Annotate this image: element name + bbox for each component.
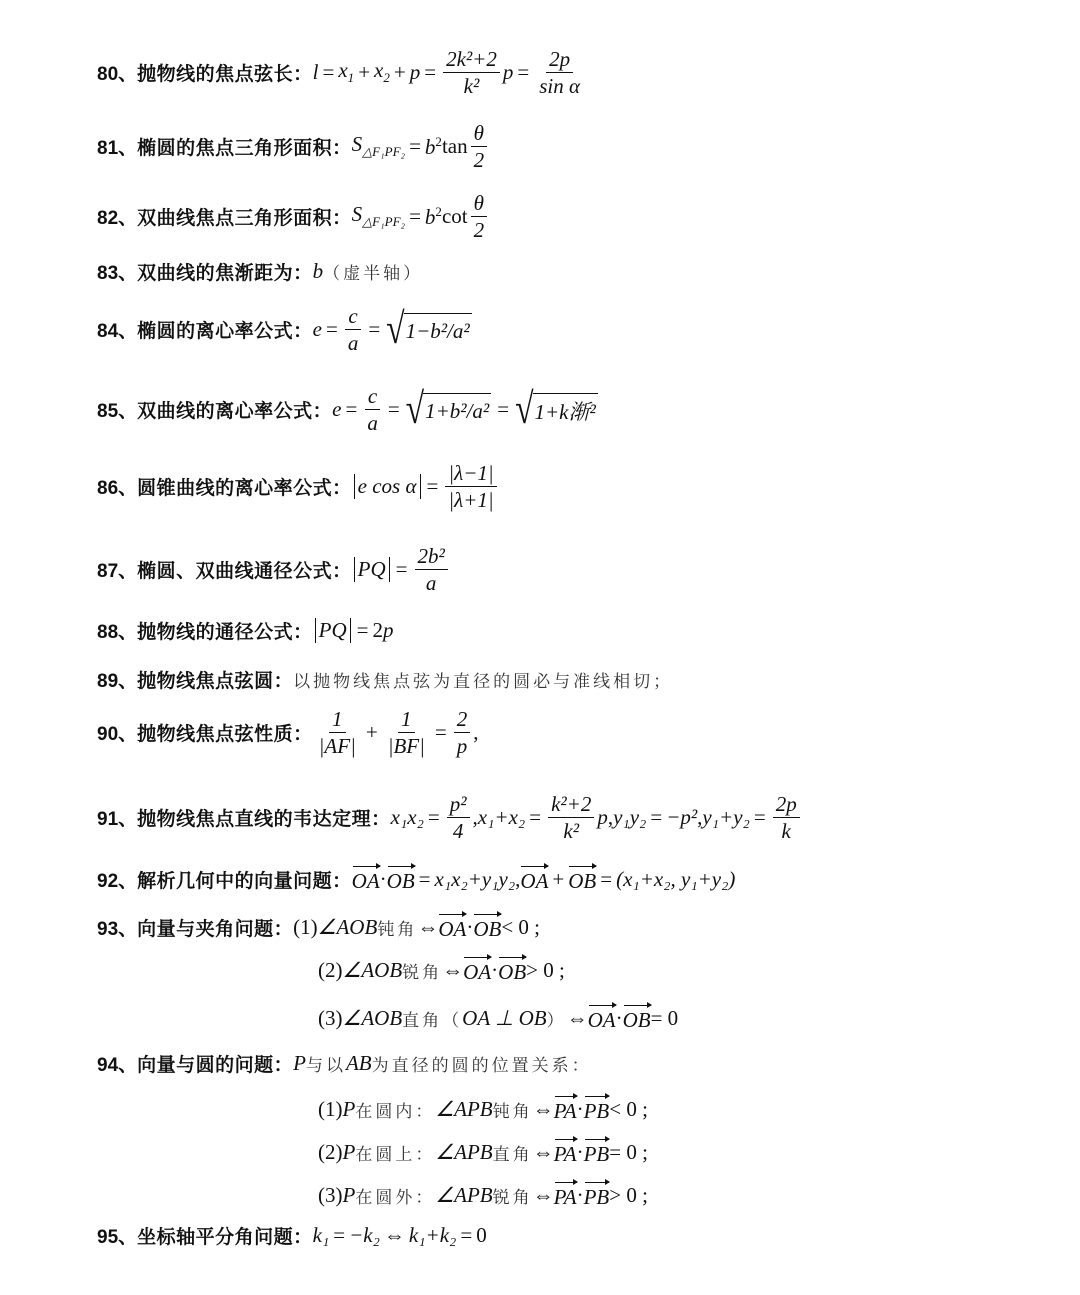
operator: =: [517, 60, 529, 85]
item-title: 解析几何中的向量问题：: [137, 866, 352, 893]
math-term: ∠AOB: [343, 1006, 403, 1031]
absolute-value: PQ: [315, 618, 351, 643]
term-text: (2): [318, 958, 343, 982]
math-term: (x₁+x₂, y₁+y₂): [616, 867, 735, 892]
formula-item-94-3: (3) P 在圆外： ∠APB 锐角 ⇔PA·PB > 0 ;: [318, 1180, 648, 1210]
square-root: √1+k渐²: [515, 393, 598, 427]
math-term: ⇔: [567, 1006, 588, 1031]
item-title: 双曲线的焦渐距为：: [137, 258, 313, 285]
item-title: 椭圆、双曲线通径公式：: [137, 556, 352, 583]
formula-item-88: 88、抛物线的通径公式：PQ=2p: [97, 617, 394, 644]
numerator: 2k²+2: [443, 48, 500, 73]
math-term: (1): [318, 1097, 343, 1122]
formula: 1|AF|+1|BF|=2p,: [313, 708, 479, 757]
fraction: 2b²a: [415, 545, 448, 594]
denominator: |AF|: [316, 733, 359, 757]
math-term: k₁: [313, 1223, 330, 1248]
chinese-text: 直角（: [402, 1006, 462, 1031]
vector: OB: [623, 1003, 651, 1033]
term-text: > 0 ;: [609, 1183, 648, 1207]
formula: l=x1+x2+p=2k²+2k²p=2psin α: [313, 48, 586, 97]
item-title: 椭圆的焦点三角形面积：: [137, 133, 352, 160]
term-text: b: [425, 205, 436, 229]
chinese-text: ）: [547, 1006, 567, 1031]
math-term: b2: [425, 204, 442, 230]
operator: =: [419, 867, 431, 892]
formula-item-91: 91、抛物线焦点直线的韦达定理：x₁x₂=p²4, x₁+x₂=k²+2k²p,…: [97, 793, 803, 842]
term-text: =: [424, 60, 436, 84]
denominator: 2: [471, 147, 488, 171]
numerator: 2p: [546, 48, 573, 73]
vector: OB: [473, 912, 501, 942]
radicand: 1+b²/a²: [423, 393, 491, 427]
item-title: 向量与圆的问题：: [137, 1050, 293, 1077]
denominator: p: [454, 733, 471, 757]
item-title: 圆锥曲线的离心率公式：: [137, 473, 352, 500]
math-term: P: [293, 1051, 306, 1076]
term-text: < 0 ;: [609, 1097, 648, 1121]
term-text: −k₂: [349, 1223, 380, 1247]
term-text: x₁x₂: [391, 805, 424, 829]
term-text: ∠AOB: [343, 1006, 403, 1030]
item-title: 抛物线焦点直线的韦达定理：: [137, 804, 391, 831]
term-text: =: [357, 618, 369, 642]
term-text: +: [394, 60, 406, 84]
math-term: b2: [425, 134, 442, 160]
math-term: S△F₁PF₂: [352, 202, 405, 230]
formula-item-95: 95、坐标轴平分角问题：k₁=−k₂⇔k₁+k₂=0: [97, 1222, 487, 1249]
term-text: b: [425, 135, 436, 159]
radical-sign: √: [386, 308, 404, 352]
term-text: =: [368, 317, 380, 341]
math-term: x1: [338, 58, 354, 86]
term-text: =: [460, 1223, 472, 1247]
item-number: 88、: [97, 617, 137, 644]
math-term: y₁y₂: [613, 805, 646, 830]
numerator: k²+2: [548, 793, 594, 818]
operator: =: [326, 317, 338, 342]
formula-item-94-1: (1) P 在圆内： ∠APB 钝角 ⇔PA·PB < 0 ;: [318, 1094, 648, 1124]
math-term: ·: [380, 867, 387, 892]
vector: PB: [584, 1094, 610, 1124]
operator: =: [497, 397, 509, 422]
math-term: e: [313, 317, 322, 342]
absolute-value: PQ: [354, 557, 390, 582]
operator: =: [409, 134, 421, 159]
term-text: y₁+y₂: [702, 805, 749, 829]
term-text: ⇔: [533, 1140, 554, 1164]
item-number: 81、: [97, 133, 137, 160]
operator: ⇔: [384, 1223, 405, 1248]
item-number: 91、: [97, 804, 137, 831]
math-term: k₁+k₂: [409, 1223, 456, 1248]
formula-item-93-2: (2) ∠AOB 锐角 ⇔OA·OB > 0 ;: [318, 955, 565, 985]
denominator: k: [779, 818, 794, 842]
term-text: ⇔: [417, 915, 438, 939]
denominator: k²: [461, 73, 483, 97]
term-text: ·: [577, 1097, 584, 1121]
denominator: a: [345, 330, 362, 354]
denominator: sin α: [536, 73, 583, 97]
operator: +: [394, 60, 406, 85]
operator: =: [754, 805, 766, 830]
term-text: P: [343, 1183, 356, 1207]
operator: =: [368, 317, 380, 342]
vector: OB: [498, 955, 526, 985]
term-text: =: [333, 1223, 345, 1247]
formula: P 与以 AB 为直径的圆的位置关系：: [293, 1051, 591, 1076]
item-title: 抛物线焦点弦圆：: [137, 666, 293, 693]
numerator: θ: [471, 122, 487, 147]
fraction: 1|AF|: [316, 708, 359, 757]
radical-sign: √: [515, 388, 533, 432]
term-text: ⇔: [384, 1223, 405, 1247]
formula: (2) ∠AOB 锐角 ⇔OA·OB > 0 ;: [318, 955, 565, 985]
fraction: 2pk: [773, 793, 800, 842]
formula-item-87: 87、椭圆、双曲线通径公式：PQ=2b²a: [97, 545, 451, 594]
numerator: 2: [454, 708, 471, 733]
formula-item-86: 86、圆锥曲线的离心率公式：e cos α=|λ−1||λ+1|: [97, 462, 500, 511]
math-term: ⇔: [533, 1140, 554, 1165]
term-text: > 0 ;: [526, 958, 565, 982]
term-text: =: [345, 397, 357, 421]
item-number: 95、: [97, 1222, 137, 1249]
item-title: 双曲线焦点三角形面积：: [137, 203, 352, 230]
denominator: 4: [450, 818, 467, 842]
math-term: OA ⊥ OB: [462, 1006, 546, 1031]
math-term: 0: [476, 1223, 487, 1248]
formula: PQ=2b²a: [352, 545, 451, 594]
term-text: =: [409, 204, 421, 228]
term-text: p: [383, 618, 394, 642]
formula: e=ca=√1−b²/a²: [313, 305, 474, 354]
denominator: a: [423, 570, 440, 594]
term-text: ⇔: [533, 1097, 554, 1121]
formula-item-94: 94、向量与圆的问题：P 与以 AB 为直径的圆的位置关系：: [97, 1050, 592, 1077]
operator: =: [323, 60, 335, 85]
math-term: −k₂: [349, 1223, 380, 1248]
formula: e cos α=|λ−1||λ+1|: [352, 462, 500, 511]
numerator: 2p: [773, 793, 800, 818]
fraction: 2psin α: [536, 48, 583, 97]
term-text: −p²: [666, 805, 697, 829]
term-text: y₁y₂: [613, 805, 646, 829]
term-text: x: [338, 58, 347, 82]
operator: =: [427, 474, 439, 499]
formula-item-89: 89、抛物线焦点弦圆：以抛物线焦点弦为直径的圆必与准线相切；: [97, 666, 673, 693]
term-text: x₁+x₂: [478, 805, 525, 829]
item-title: 抛物线的焦点弦长：: [137, 59, 313, 86]
term-text: cot: [442, 204, 468, 228]
math-term: AB: [346, 1051, 372, 1076]
formula-item-84: 84、椭圆的离心率公式：e=ca=√1−b²/a²: [97, 305, 474, 354]
item-number: 80、: [97, 59, 137, 86]
item-title: 抛物线的通径公式：: [137, 617, 313, 644]
term-text: =: [388, 397, 400, 421]
operator: =: [396, 557, 408, 582]
term-text: ·: [577, 1140, 584, 1164]
denominator: k²: [560, 818, 582, 842]
item-number: 92、: [97, 866, 137, 893]
operator: =: [388, 397, 400, 422]
fraction: |λ−1||λ+1|: [445, 462, 496, 511]
term-text: P: [293, 1051, 306, 1075]
math-term: ⇔: [442, 958, 463, 983]
formula: (3) P 在圆外： ∠APB 锐角 ⇔PA·PB > 0 ;: [318, 1180, 648, 1210]
term-text: S: [352, 132, 363, 156]
math-term: ·: [577, 1140, 584, 1165]
item-title: 双曲线的离心率公式：: [137, 396, 332, 423]
formula-item-85: 85、双曲线的离心率公式：e=ca=√1+b²/a²=√1+k渐²: [97, 385, 600, 434]
term-text: ∠AOB: [318, 915, 378, 939]
absolute-value: e cos α: [354, 474, 421, 499]
vector: PA: [554, 1137, 577, 1167]
term-text: =: [323, 60, 335, 84]
vector: PB: [584, 1180, 610, 1210]
fraction: θ2: [471, 192, 488, 241]
denominator: |BF|: [385, 733, 428, 757]
operator: =: [600, 867, 612, 892]
vector: PB: [584, 1137, 610, 1167]
math-term: ·: [577, 1097, 584, 1122]
formula: OA·OB=x₁x₂+y₁y₂, OA+OB=(x₁+x₂, y₁+y₂): [352, 864, 736, 894]
vector: OA: [438, 912, 466, 942]
formula-item-93: 93、向量与夹角问题：(1) ∠AOB 钝角 ⇔OA·OB < 0 ;: [97, 912, 540, 942]
term-text: x: [374, 58, 383, 82]
operator: =: [435, 720, 447, 745]
term-text: =: [428, 805, 440, 829]
term-text: k₁: [313, 1223, 330, 1247]
formula: b（虚半轴）: [313, 259, 424, 284]
formula-item-82: 82、双曲线焦点三角形面积：S△F₁PF₂=b2 cotθ2: [97, 192, 490, 241]
math-term: y₁+y₂: [702, 805, 749, 830]
formula-item-81: 81、椭圆的焦点三角形面积：S△F₁PF₂=b2 tanθ2: [97, 122, 490, 171]
radicand: 1+k渐²: [533, 393, 598, 427]
fraction: p²4: [447, 793, 470, 842]
item-title: 抛物线焦点弦性质：: [137, 719, 313, 746]
operator: =: [409, 204, 421, 229]
operator: =: [460, 1223, 472, 1248]
math-term: b: [313, 259, 324, 284]
square-root: √1+b²/a²: [406, 393, 492, 427]
operator: +: [366, 720, 378, 745]
chinese-text: 直角: [493, 1140, 533, 1165]
math-term: −p²: [666, 805, 697, 830]
math-term: tan: [442, 134, 468, 159]
term-text: = 0: [651, 1006, 679, 1030]
term-text: 0: [476, 1223, 487, 1247]
vector: OA: [463, 955, 491, 985]
vector: OB: [568, 864, 596, 894]
chinese-text: 钝角: [377, 915, 417, 940]
numerator: c: [345, 305, 360, 330]
math-term: P: [343, 1140, 356, 1165]
chinese-text: （虚半轴）: [323, 259, 423, 284]
chinese-text: 钝角: [493, 1097, 533, 1122]
term-text: e: [332, 397, 341, 421]
fraction: 2p: [454, 708, 471, 757]
operator: =: [345, 397, 357, 422]
math-term: (3): [318, 1006, 343, 1031]
numerator: |λ−1|: [445, 462, 496, 487]
item-number: 89、: [97, 666, 137, 693]
item-number: 84、: [97, 316, 137, 343]
math-term: ·: [616, 1006, 623, 1031]
term-text: (1): [318, 1097, 343, 1121]
subscript: △F₁PF₂: [362, 145, 405, 160]
term-text: =: [600, 867, 612, 891]
vector: OB: [387, 864, 415, 894]
math-term: = 0 ;: [609, 1140, 648, 1165]
term-text: tan: [442, 134, 468, 158]
math-term: ∠AOB: [343, 958, 403, 983]
math-term: p: [383, 618, 394, 643]
term-text: l: [313, 60, 319, 84]
term-text: +: [552, 867, 564, 891]
item-number: 90、: [97, 719, 137, 746]
term-text: =: [396, 557, 408, 581]
term-text: ∠APB: [435, 1183, 492, 1207]
fraction: θ2: [471, 122, 488, 171]
formula: k₁=−k₂⇔k₁+k₂=0: [313, 1223, 487, 1248]
vector: PA: [554, 1094, 577, 1124]
formula-item-92: 92、解析几何中的向量问题：OA·OB=x₁x₂+y₁y₂, OA+OB=(x₁…: [97, 864, 735, 894]
vector: OA: [352, 864, 380, 894]
term-text: =: [427, 474, 439, 498]
item-number: 93、: [97, 914, 137, 941]
operator: =: [428, 805, 440, 830]
math-term: p: [410, 60, 421, 85]
chinese-text: 在圆上：: [355, 1140, 435, 1165]
operator: =: [333, 1223, 345, 1248]
term-text: k₁+k₂: [409, 1223, 456, 1247]
formula: (1) ∠AOB 钝角 ⇔OA·OB < 0 ;: [293, 912, 540, 942]
term-text: =: [754, 805, 766, 829]
term-text: ∠AOB: [343, 958, 403, 982]
term-text: AB: [346, 1051, 372, 1075]
term-text: OA ⊥ OB: [462, 1006, 546, 1030]
math-term: e: [332, 397, 341, 422]
math-term: ·: [491, 958, 498, 983]
term-text: ,: [473, 720, 478, 744]
math-term: (1): [293, 915, 318, 940]
math-term: x₁x₂+y₁y₂: [435, 867, 516, 892]
math-term: ∠APB: [435, 1097, 492, 1122]
denominator: a: [364, 410, 381, 434]
term-text: ∠APB: [435, 1140, 492, 1164]
vector: PA: [554, 1180, 577, 1210]
fraction: 1|BF|: [385, 708, 428, 757]
math-term: ·: [577, 1183, 584, 1208]
numerator: θ: [471, 192, 487, 217]
fraction: k²+2k²: [548, 793, 594, 842]
term-text: ⇔: [533, 1183, 554, 1207]
item-number: 87、: [97, 556, 137, 583]
fraction: ca: [345, 305, 362, 354]
term-text: ·: [616, 1006, 623, 1030]
term-text: x₁x₂+y₁y₂: [435, 867, 516, 891]
numerator: c: [365, 385, 380, 410]
numerator: p²: [447, 793, 470, 818]
chinese-text: 与以: [306, 1051, 346, 1076]
item-number: 85、: [97, 396, 137, 423]
formula: S△F₁PF₂=b2 tanθ2: [352, 122, 490, 171]
formula-item-83: 83、双曲线的焦渐距为：b（虚半轴）: [97, 258, 423, 285]
math-term: (2): [318, 958, 343, 983]
term-text: ·: [466, 915, 473, 939]
term-text: < 0 ;: [501, 915, 540, 939]
formula-item-94-2: (2) P 在圆上： ∠APB 直角 ⇔PA·PB = 0 ;: [318, 1137, 648, 1167]
formula: (1) P 在圆内： ∠APB 钝角 ⇔PA·PB < 0 ;: [318, 1094, 648, 1124]
term-text: p: [503, 60, 514, 84]
term-text: =: [650, 805, 662, 829]
radicand: 1−b²/a²: [404, 313, 472, 347]
math-term: x₁x₂: [391, 805, 424, 830]
math-term: l: [313, 60, 319, 85]
vector: OA: [520, 864, 548, 894]
math-term: ·: [466, 915, 473, 940]
term-text: p: [597, 805, 608, 829]
term-text: =: [326, 317, 338, 341]
term-text: e: [313, 317, 322, 341]
term-text: (1): [293, 915, 318, 939]
term-text: +: [358, 60, 370, 84]
formula: (2) P 在圆上： ∠APB 直角 ⇔PA·PB = 0 ;: [318, 1137, 648, 1167]
item-title: 椭圆的离心率公式：: [137, 316, 313, 343]
term-text: (x₁+x₂, y₁+y₂): [616, 867, 735, 891]
term-text: 2: [373, 618, 384, 642]
item-title: 坐标轴平分角问题：: [137, 1222, 313, 1249]
term-text: ·: [577, 1183, 584, 1207]
subscript: 2: [383, 71, 390, 86]
math-term: 2: [373, 618, 384, 643]
operator: +: [552, 867, 564, 892]
math-term: ∠APB: [435, 1183, 492, 1208]
math-term: > 0 ;: [609, 1183, 648, 1208]
operator: =: [650, 805, 662, 830]
operator: =: [424, 60, 436, 85]
numerator: 2b²: [415, 545, 448, 570]
term-text: ⇔: [567, 1006, 588, 1030]
formula-item-80: 80、抛物线的焦点弦长：l=x1+x2+p=2k²+2k²p=2psin α: [97, 48, 586, 97]
math-term: ∠AOB: [318, 915, 378, 940]
subscript: 1: [348, 71, 355, 86]
item-title: 向量与夹角问题：: [137, 914, 293, 941]
formula-item-93-3: (3) ∠AOB 直角（OA ⊥ OB）⇔OA·OB = 0: [318, 1003, 678, 1033]
math-term: (3): [318, 1183, 343, 1208]
term-text: (3): [318, 1006, 343, 1030]
square-root: √1−b²/a²: [386, 313, 472, 347]
subscript: △F₁PF₂: [362, 215, 405, 230]
math-term: ⇔: [417, 915, 438, 940]
term-text: =: [517, 60, 529, 84]
radical-sign: √: [406, 388, 424, 432]
item-number: 83、: [97, 258, 137, 285]
term-text: ·: [491, 958, 498, 982]
numerator: 1: [329, 708, 346, 733]
math-term: cot: [442, 204, 468, 229]
math-term: = 0: [651, 1006, 679, 1031]
fraction: 2k²+2k²: [443, 48, 500, 97]
chinese-text: 以抛物线焦点弦为直径的圆必与准线相切；: [293, 667, 673, 692]
formula: PQ=2p: [313, 618, 394, 643]
math-term: ,: [473, 720, 478, 745]
formula: e=ca=√1+b²/a²=√1+k渐²: [332, 385, 600, 434]
term-text: P: [343, 1097, 356, 1121]
math-term: (2): [318, 1140, 343, 1165]
chinese-text: 为直径的圆的位置关系：: [372, 1051, 592, 1076]
math-term: x₁+x₂: [478, 805, 525, 830]
